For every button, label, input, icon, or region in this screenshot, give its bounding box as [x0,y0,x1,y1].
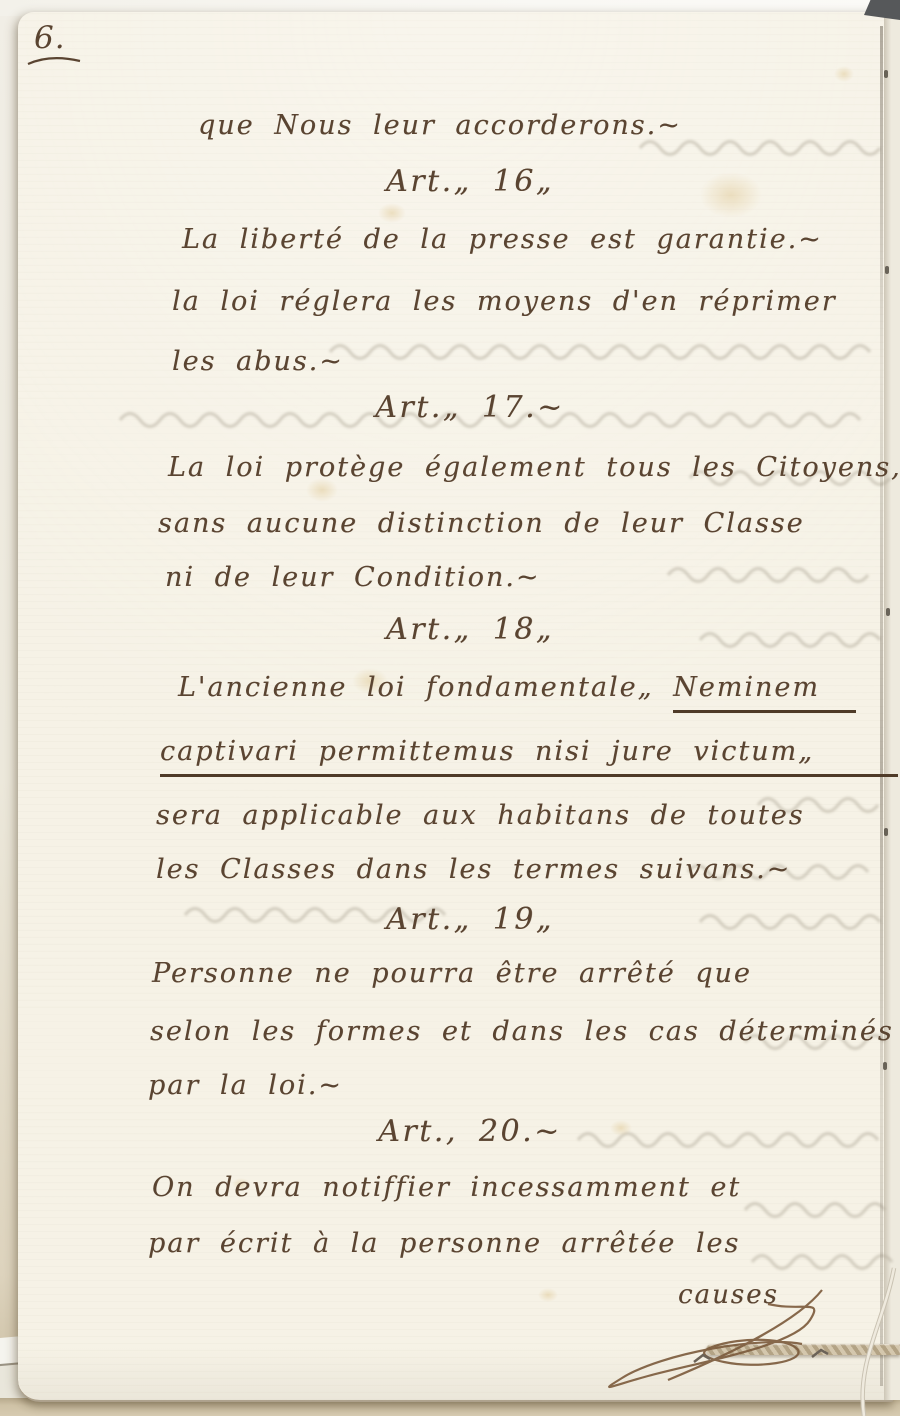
foxing-stain [834,66,854,82]
art18-line-3: sera applicable aux habitans de toutes [156,800,805,831]
art20-line-2: par écrit à la personne arrêtée les [148,1228,740,1259]
art19-line-2: selon les formes et dans les cas détermi… [150,1016,894,1047]
foxing-stain [538,1288,558,1302]
art16-line-1: La liberté de la presse est garantie.~ [182,224,823,255]
art17-line-3: ni de leur Condition.~ [165,562,541,593]
crease-speck [886,608,890,616]
art16-line-2: la loi réglera les moyens d'en réprimer [172,286,837,317]
art19-heading: Art.„ 19„ [150,902,790,937]
scanned-manuscript-scene: 6. que Nous leur accorderons.~ Art.„ 16„… [0,0,900,1416]
art18-underlined-latin: captivari permittemus nisi jure victum„ [160,736,898,777]
crease-speck [885,266,889,274]
art17-line-2: sans aucune distinction de leur Classe [158,508,805,539]
art18-line-1-text: L'ancienne loi fondamentale„ [178,672,673,703]
art20-line-1: On devra notiffier incessamment et [152,1172,741,1203]
art18-line-2: captivari permittemus nisi jure victum„ [160,736,898,777]
next-page-edge [884,12,900,1400]
binding-cord [706,1344,900,1355]
art19-line-3: par la loi.~ [148,1070,343,1101]
crease-speck [883,1062,887,1070]
art17-line-1: La loi protège également tous les Citoye… [168,452,900,483]
art16-line-3: les abus.~ [172,346,344,377]
catchword: causes [678,1280,779,1310]
page-fold-crease [880,26,883,1386]
art18-underlined-neminem: Neminem [673,672,856,713]
art20-heading: Art., 20.~ [150,1114,790,1149]
art18-line-1: L'ancienne loi fondamentale„ Neminem [178,672,856,713]
opening-line: que Nous leur accorderons.~ [198,110,682,141]
art16-heading: Art.„ 16„ [150,164,790,199]
page-number: 6. [34,20,66,56]
foxing-stain [378,203,406,223]
art18-heading: Art.„ 18„ [150,612,790,647]
art19-line-1: Personne ne pourra être arrêté que [152,958,752,989]
crease-speck [884,828,888,836]
art18-line-4: les Classes dans les termes suivans.~ [156,854,791,885]
art17-heading: Art.„ 17.~ [150,390,790,425]
crease-speck [884,70,888,78]
